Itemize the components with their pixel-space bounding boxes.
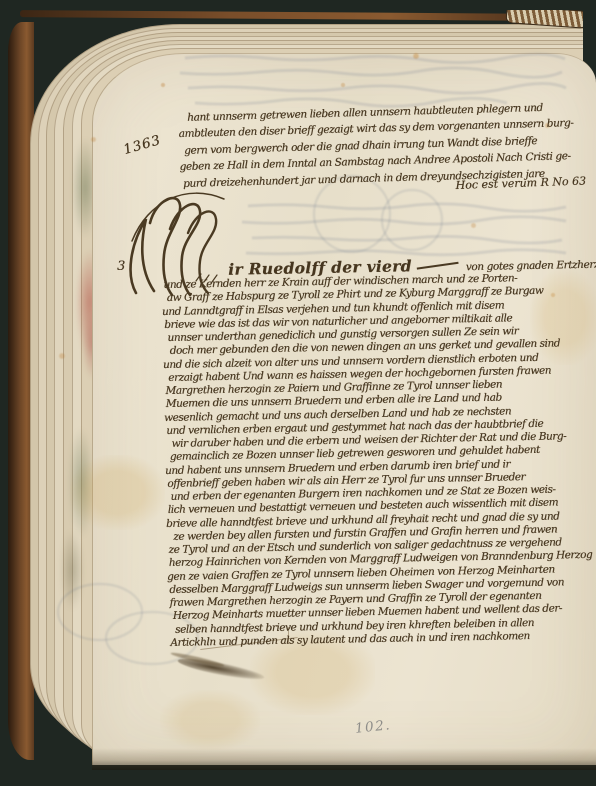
manuscript-photo: hant unnserm getrewen lieben allen unnse… (0, 0, 596, 786)
heading-swash (416, 262, 458, 270)
marginal-item-number: 3 (117, 259, 125, 274)
charter-text-block: ir Ruedolff der vierdvon gotes gnaden Er… (160, 253, 596, 650)
charter-heading-rest: von gotes gnaden Ertzherzog ze Osterreic… (466, 256, 596, 273)
initial-w-flourish (126, 189, 228, 303)
